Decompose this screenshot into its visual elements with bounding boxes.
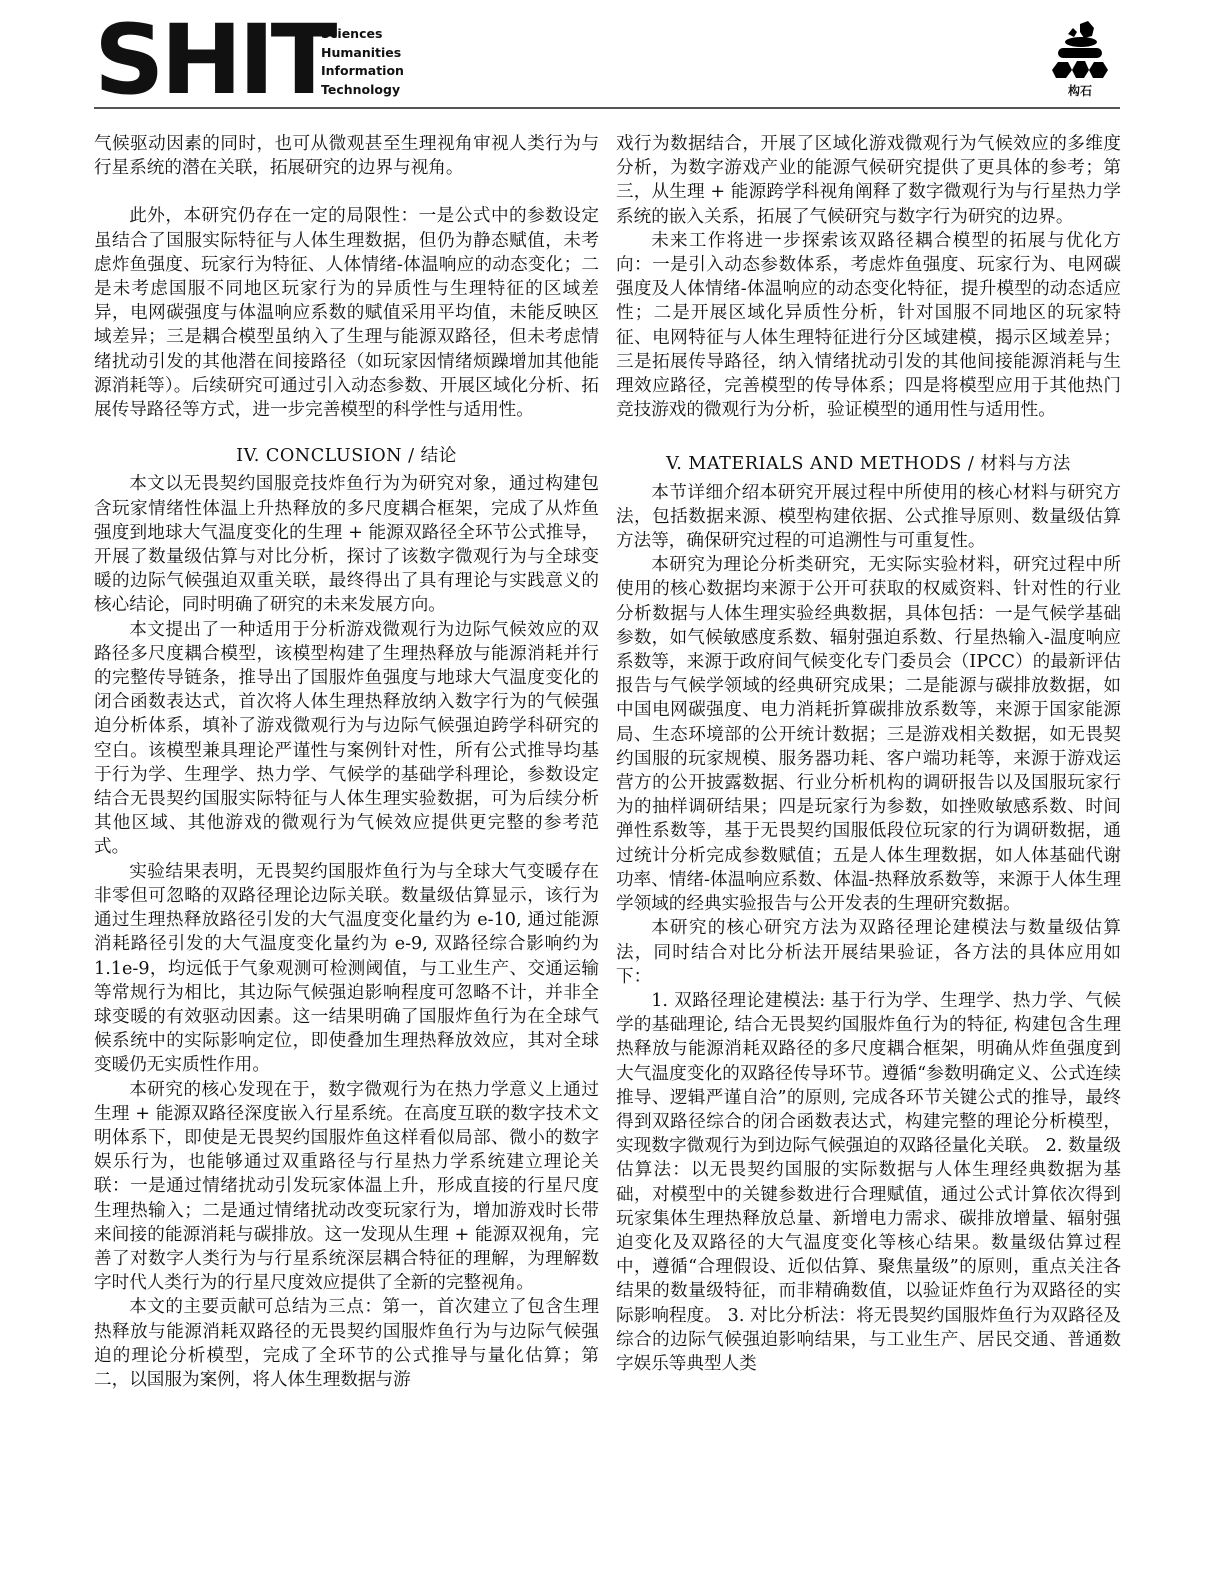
stone-pile-icon [1040, 20, 1120, 82]
logo-sub-line: Sciences [321, 25, 404, 44]
paragraph: 1. 双路径理论建模法: 基于行为学、生理学、热力学、气候学的基础理论, 结合无… [616, 989, 1121, 1376]
section-title-methods: V. MATERIALS AND METHODS / 材料与方法 [616, 452, 1121, 476]
paragraph: 本文以无畏契约国服竞技炸鱼行为为研究对象，通过构建包含玩家情绪性体温上升热释放的… [94, 472, 599, 617]
paragraph: 本文提出了一种适用于分析游戏微观行为边际气候效应的双路径多尺度耦合模型，该模型构… [94, 618, 599, 860]
paragraph: 此外，本研究仍存在一定的局限性：一是公式中的参数设定虽结合了国服实际特征与人体生… [94, 204, 599, 422]
paragraph-gap [94, 180, 599, 204]
right-column: 戏行为数据结合，开展了区域化游戏微观行为气候效应的多维度分析，为数字游戏产业的能… [616, 132, 1121, 1376]
paragraph: 未来工作将进一步探索该双路径耦合模型的拓展与优化方向：一是引入动态参数体系，考虑… [616, 229, 1121, 423]
paragraph: 本节详细介绍本研究开展过程中所使用的核心材料与研究方法，包括数据来源、模型构建依… [616, 481, 1121, 554]
paragraph: 气候驱动因素的同时，也可从微观甚至生理视角审视人类行为与行星系统的潜在关联，拓展… [94, 132, 599, 180]
emblem-label: 构石 [1040, 82, 1120, 99]
paragraph: 本文的主要贡献可总结为三点：第一，首次建立了包含生理热释放与能源消耗双路径的无畏… [94, 1295, 599, 1392]
left-column: 气候驱动因素的同时，也可从微观甚至生理视角审视人类行为与行星系统的潜在关联，拓展… [94, 132, 599, 1392]
journal-logo: SHIT [94, 20, 333, 100]
paragraph: 本研究为理论分析类研究，无实际实验材料，研究过程中所使用的核心数据均来源于公开可… [616, 553, 1121, 916]
paragraph: 戏行为数据结合，开展了区域化游戏微观行为气候效应的多维度分析，为数字游戏产业的能… [616, 132, 1121, 229]
paragraph: 实验结果表明，无畏契约国服炸鱼行为与全球大气变暖存在非零但可忽略的双路径理论边际… [94, 860, 599, 1078]
section-title-conclusion: IV. CONCLUSION / 结论 [94, 444, 599, 468]
paragraph: 本研究的核心研究方法为双路径理论建模法与数量级估算法，同时结合对比分析法开展结果… [616, 916, 1121, 989]
stone-emblem: 构石 [1040, 20, 1120, 100]
logo-sub-line: Technology [321, 81, 404, 100]
logo-sub-line: Information [321, 62, 404, 81]
paragraph: 本研究的核心发现在于，数字微观行为在热力学意义上通过生理 + 能源双路径深度嵌入… [94, 1078, 599, 1296]
journal-logo-subtitle: Sciences Humanities Information Technolo… [321, 25, 404, 99]
logo-sub-line: Humanities [321, 44, 404, 63]
header-divider [94, 107, 1120, 109]
page-header: SHIT Sciences Humanities Information Tec… [94, 20, 1120, 108]
